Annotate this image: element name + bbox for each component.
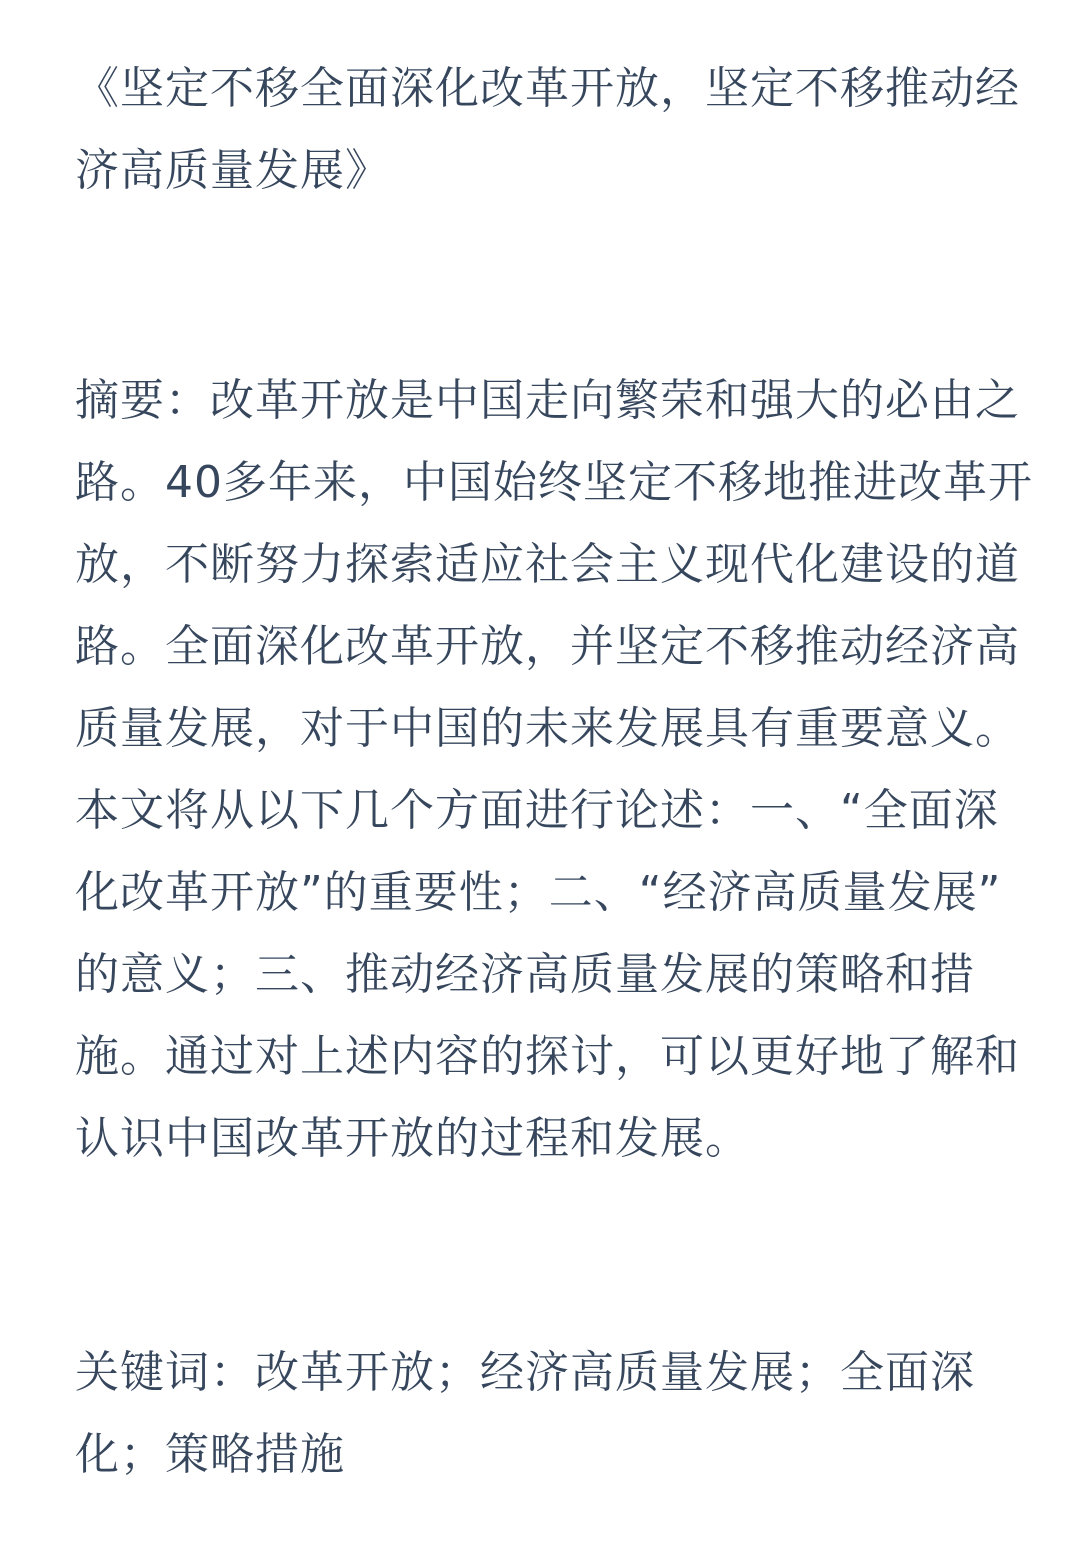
document-page: 《坚定不移全面深化改革开放，坚定不移推动经 济高质量发展》 摘要：改革开放是中国…	[0, 0, 1080, 1566]
title-line-2: 济高质量发展》	[75, 130, 1025, 212]
abstract-line-7: 化改革开放”的重要性；二、“经济高质量发展”	[75, 852, 1025, 934]
document-title: 《坚定不移全面深化改革开放，坚定不移推动经 济高质量发展》	[75, 48, 1025, 212]
abstract-line-1: 摘要：改革开放是中国走向繁荣和强大的必由之	[75, 360, 1025, 442]
keywords-line-2: 化；策略措施	[75, 1414, 1025, 1496]
abstract-line-8: 的意义；三、推动经济高质量发展的策略和措	[75, 934, 1025, 1016]
keywords-paragraph: 关键词：改革开放；经济高质量发展；全面深 化；策略措施	[75, 1332, 1025, 1496]
abstract-line-4: 路。全面深化改革开放，并坚定不移推动经济高	[75, 606, 1025, 688]
abstract-paragraph: 摘要：改革开放是中国走向繁荣和强大的必由之 路。40多年来，中国始终坚定不移地推…	[75, 360, 1025, 1180]
abstract-line-6: 本文将从以下几个方面进行论述：一、“全面深	[75, 770, 1025, 852]
abstract-line-9: 施。通过对上述内容的探讨，可以更好地了解和	[75, 1016, 1025, 1098]
keywords-line-1: 关键词：改革开放；经济高质量发展；全面深	[75, 1332, 1025, 1414]
abstract-line-10: 认识中国改革开放的过程和发展。	[75, 1098, 1025, 1180]
abstract-line-2: 路。40多年来，中国始终坚定不移地推进改革开	[75, 442, 1025, 524]
abstract-line-3: 放，不断努力探索适应社会主义现代化建设的道	[75, 524, 1025, 606]
title-line-1: 《坚定不移全面深化改革开放，坚定不移推动经	[75, 48, 1025, 130]
abstract-line-5: 质量发展，对于中国的未来发展具有重要意义。	[75, 688, 1025, 770]
